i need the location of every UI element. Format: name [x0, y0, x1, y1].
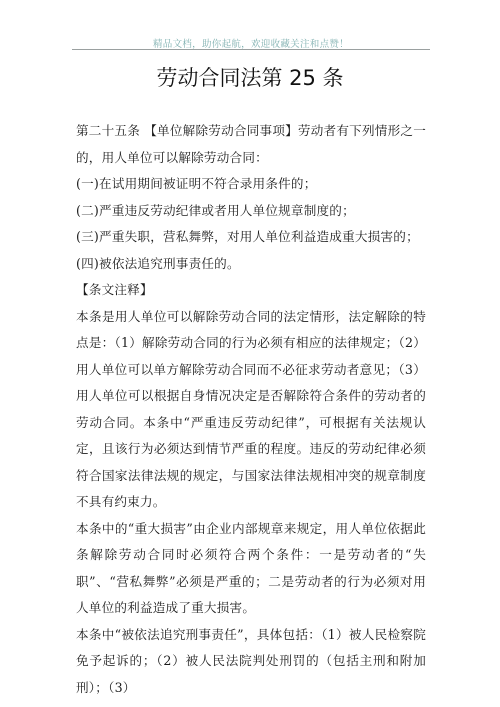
header-divider — [72, 49, 430, 50]
annotation-paragraph: 本条是用人单位可以解除劳动合同的法定情形，法定解除的特点是：（1）解除劳动合同的… — [76, 304, 426, 516]
document-body: 第二十五条 【单位解除劳动合同事项】劳动者有下列情形之一的，用人单位可以解除劳动… — [76, 118, 426, 701]
list-item: (二)严重违反劳动纪律或者用人单位规章制度的； — [76, 198, 426, 225]
section-heading: 【条文注释】 — [76, 277, 426, 304]
annotation-paragraph: 本条中“被依法追究刑事责任”，具体包括：（1）被人民检察院免予起诉的；（2）被人… — [76, 622, 426, 702]
article-text: 第二十五条 【单位解除劳动合同事项】劳动者有下列情形之一的，用人单位可以解除劳动… — [76, 118, 426, 171]
list-item: (一)在试用期间被证明不符合录用条件的； — [76, 171, 426, 198]
list-item: (四)被依法追究刑事责任的。 — [76, 251, 426, 278]
list-item: (三)严重失职，营私舞弊，对用人单位利益造成重大损害的； — [76, 224, 426, 251]
annotation-paragraph: 本条中的“重大损害”由企业内部规章来规定，用人单位依据此条解除劳动合同时必须符合… — [76, 516, 426, 622]
page-header-tagline: 精品文档，助你起航，欢迎收藏关注和点赞！ — [72, 36, 430, 50]
document-title: 劳动合同法第 25 条 — [0, 62, 500, 92]
